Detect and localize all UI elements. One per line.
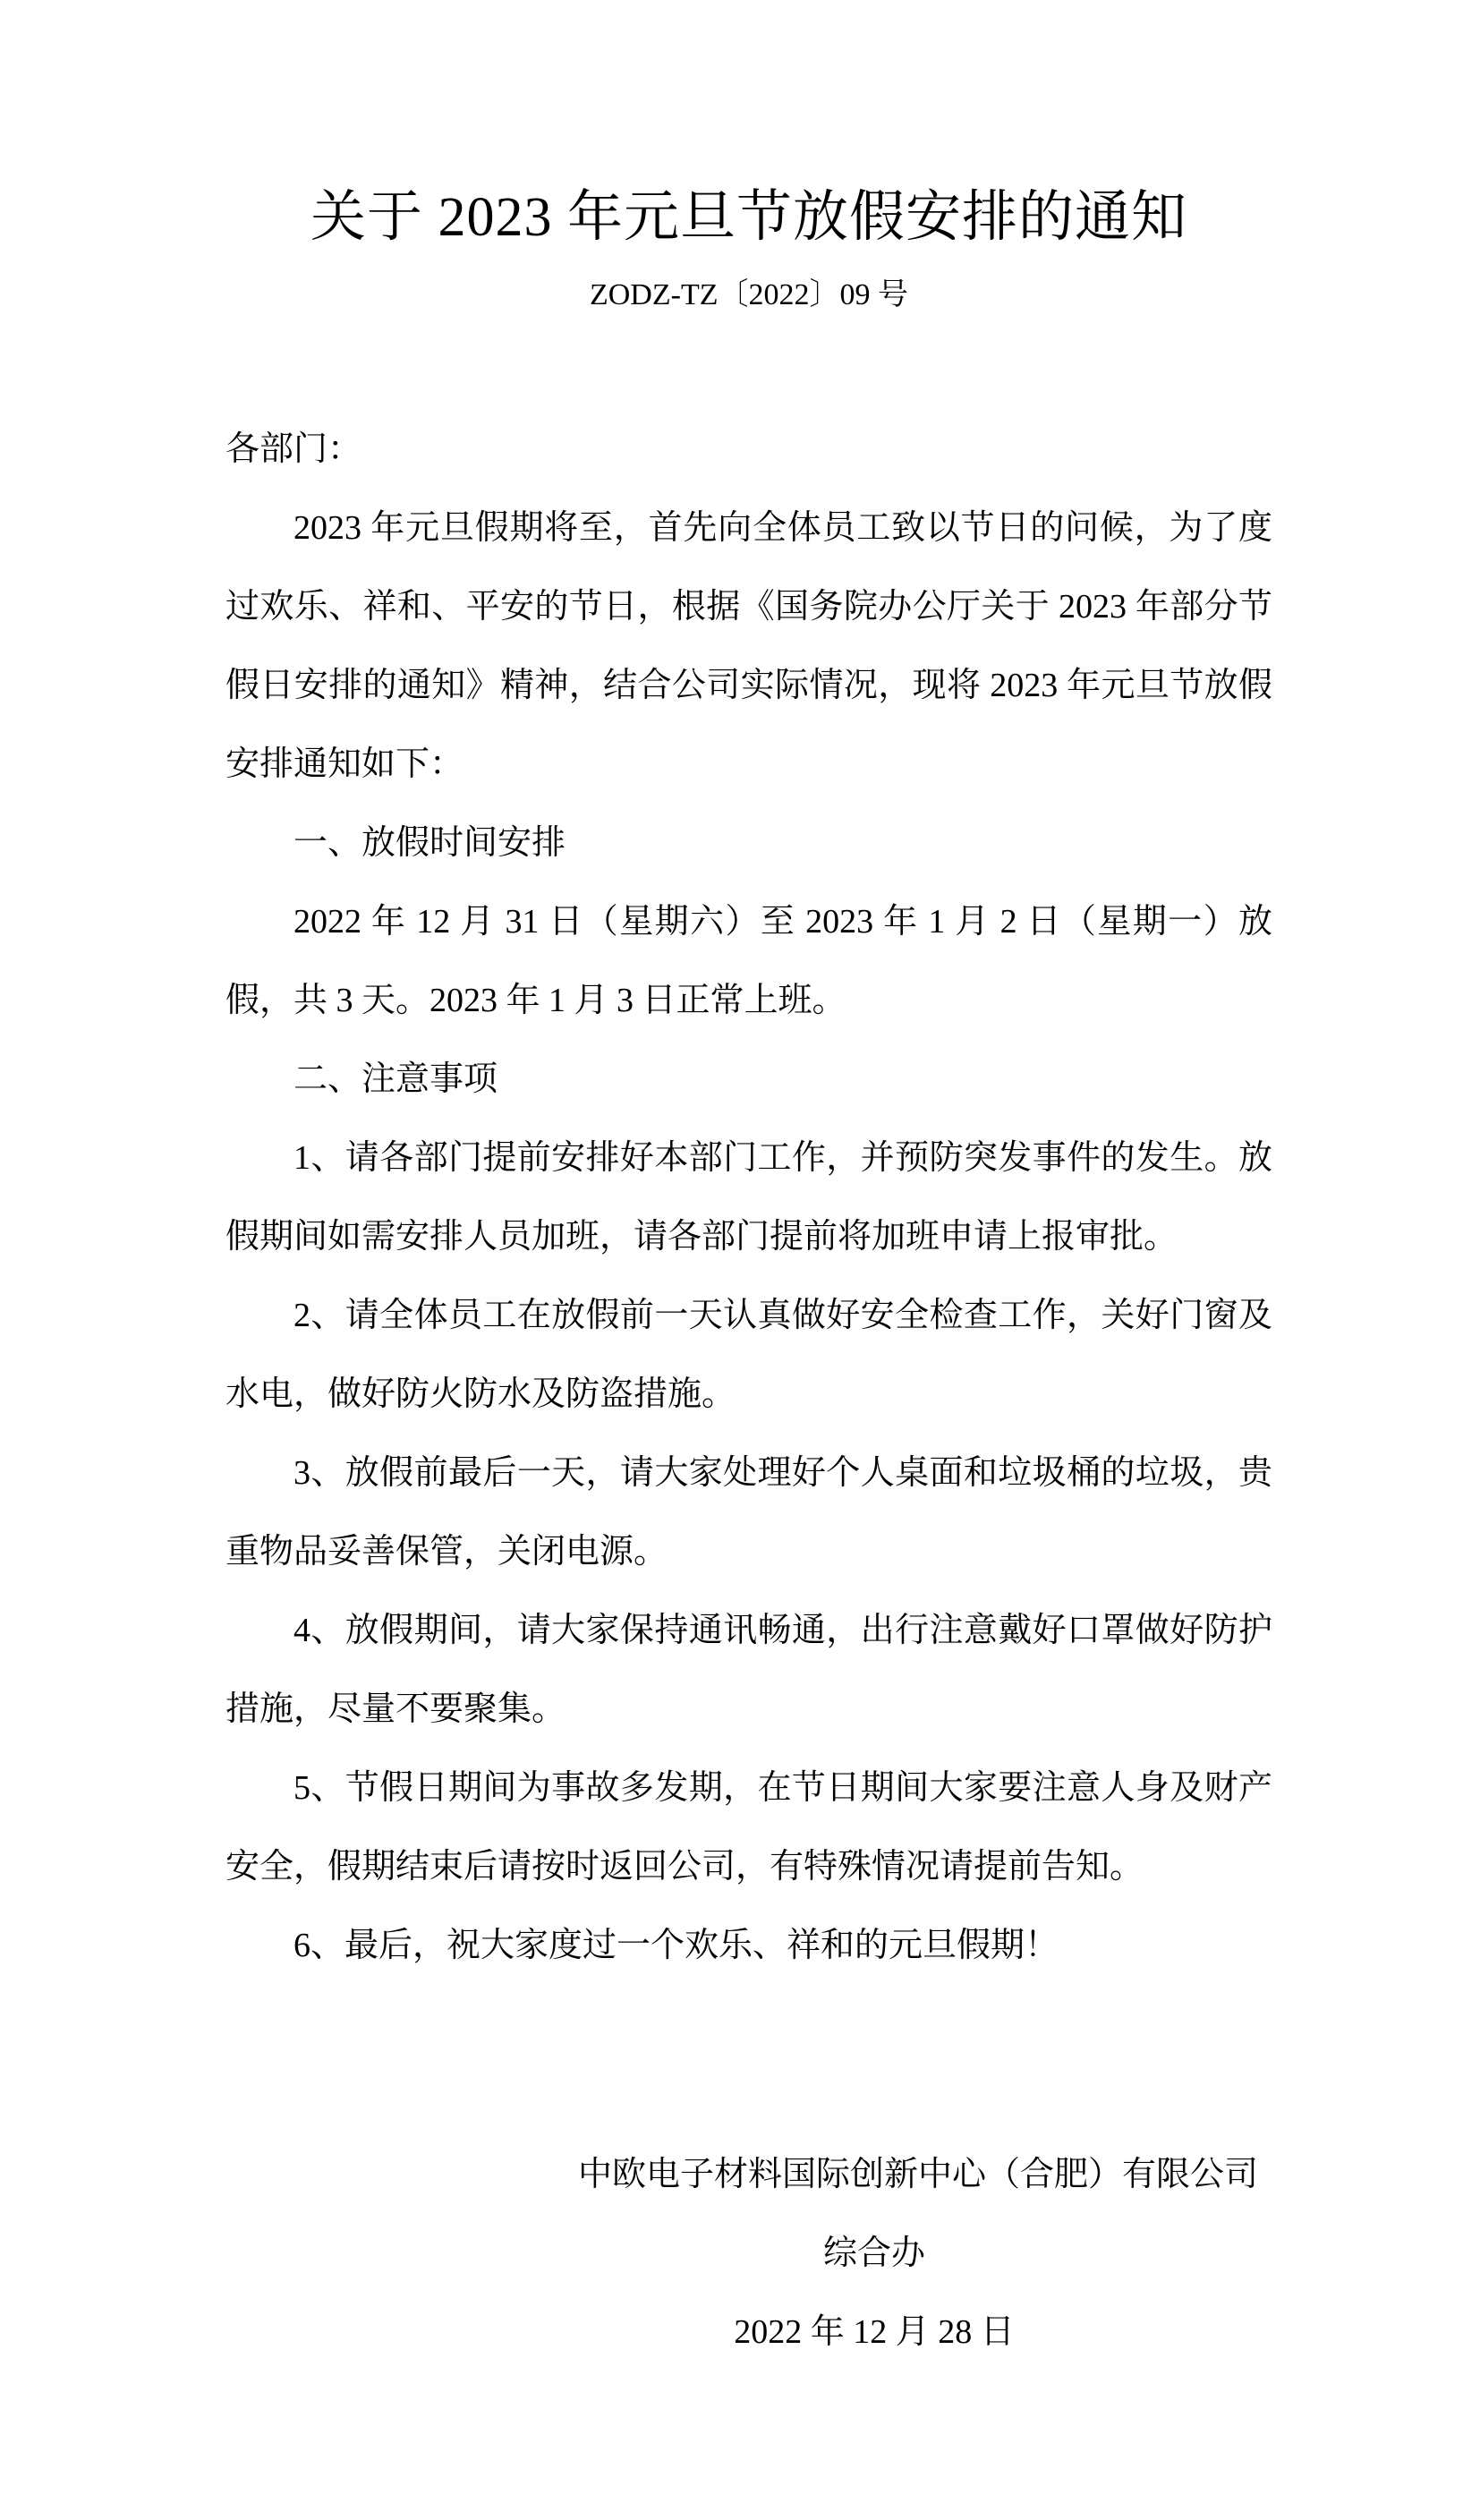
intro-paragraph: 2023 年元旦假期将至，首先向全体员工致以节日的问候，为了度过欢乐、祥和、平安…: [225, 489, 1272, 804]
notice-item-4: 4、放假期间，请大家保持通讯畅通，出行注意戴好口罩做好防护措施，尽量不要聚集。: [225, 1591, 1272, 1749]
salutation-line: 各部门：: [225, 410, 1272, 489]
document-number: ZODZ-TZ〔2022〕09 号: [225, 276, 1272, 315]
section-heading-notes: 二、注意事项: [225, 1040, 1272, 1119]
document-content: 关于 2023 年元旦节放假安排的通知 ZODZ-TZ〔2022〕09 号 各部…: [0, 0, 1480, 2371]
signature-department: 综合办: [351, 2214, 1398, 2293]
notice-item-2: 2、请全体员工在放假前一天认真做好安全检查工作，关好门窗及水电，做好防火防水及防…: [225, 1276, 1272, 1434]
document-title: 关于 2023 年元旦节放假安排的通知: [225, 0, 1272, 251]
signature-block: 中欧电子材料国际创新中心（合肥）有限公司 综合办 2022 年 12 月 28 …: [225, 2135, 1272, 2371]
section-heading-holiday-schedule: 一、放假时间安排: [225, 804, 1272, 882]
signature-date: 2022 年 12 月 28 日: [351, 2293, 1398, 2371]
notice-item-1: 1、请各部门提前安排好本部门工作，并预防突发事件的发生。放假期间如需安排人员加班…: [225, 1119, 1272, 1276]
signature-company-name: 中欧电子材料国际创新中心（合肥）有限公司: [395, 2135, 1442, 2214]
notice-item-6: 6、最后，祝大家度过一个欢乐、祥和的元旦假期！: [225, 1906, 1272, 1985]
notice-item-3: 3、放假前最后一天，请大家处理好个人桌面和垃圾桶的垃圾，贵重物品妥善保管，关闭电…: [225, 1434, 1272, 1591]
holiday-dates-paragraph: 2022 年 12 月 31 日（星期六）至 2023 年 1 月 2 日（星期…: [225, 882, 1272, 1040]
notice-document-page: 关于 2023 年元旦节放假安排的通知 ZODZ-TZ〔2022〕09 号 各部…: [0, 0, 1480, 2520]
notice-item-5: 5、节假日期间为事故多发期，在节日期间大家要注意人身及财产安全，假期结束后请按时…: [225, 1749, 1272, 1906]
